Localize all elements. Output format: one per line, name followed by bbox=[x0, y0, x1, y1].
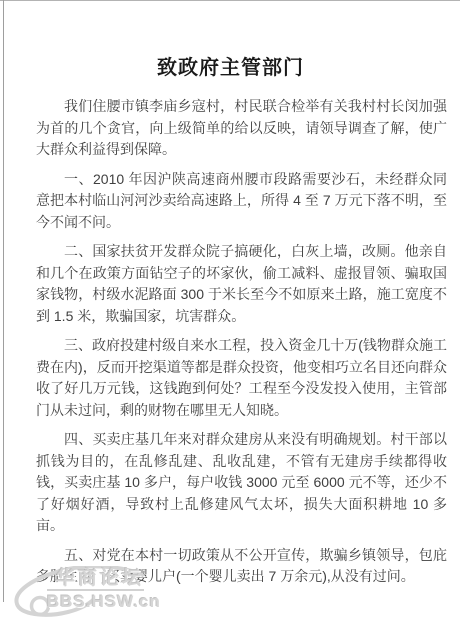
document-title: 致政府主管部门 bbox=[14, 54, 447, 82]
scanned-document-page: 致政府主管部门 我们住腰市镇李庙乡寇村，村民联合检举有关我村村长闵加强为首的几个… bbox=[0, 0, 460, 630]
paragraph-intro: 我们住腰市镇李庙乡寇村，村民联合检举有关我村村长闵加强为首的几个贪官，向上级简单… bbox=[36, 96, 447, 161]
watermark-subtitle: BBS.HSW.cn bbox=[47, 592, 161, 612]
paragraph-item-3: 三、政府投建村级自来水工程，投入资金几十万(钱物群众施工费在内)，反而开挖渠道等… bbox=[36, 335, 447, 421]
document-body: 致政府主管部门 我们住腰市镇李庙乡寇村，村民联合检举有关我村村长闵加强为首的几个… bbox=[0, 0, 460, 588]
paragraph-item-1: 一、2010 年因沪陕高速商州腰市段路需要沙石，未经群众同意把本村临山河河沙卖给… bbox=[36, 169, 447, 234]
paragraph-item-2: 二、国家扶贫开发群众院子搞硬化，白灰上墙，改厕。他亲自和几个在政策方面钻空子的坏… bbox=[36, 241, 447, 327]
paragraph-item-5: 五、对党在本村一切政策从不公开宣传，欺骗乡镇领导，包庇多胎生育，买卖婴儿户(一个… bbox=[36, 545, 447, 588]
paragraph-item-4: 四、买卖庄基几年来对群众建房从来没有明确规划。村干部以抓钱为目的，在乱修乱建、乱… bbox=[36, 429, 447, 537]
watermark-underline bbox=[47, 589, 144, 591]
